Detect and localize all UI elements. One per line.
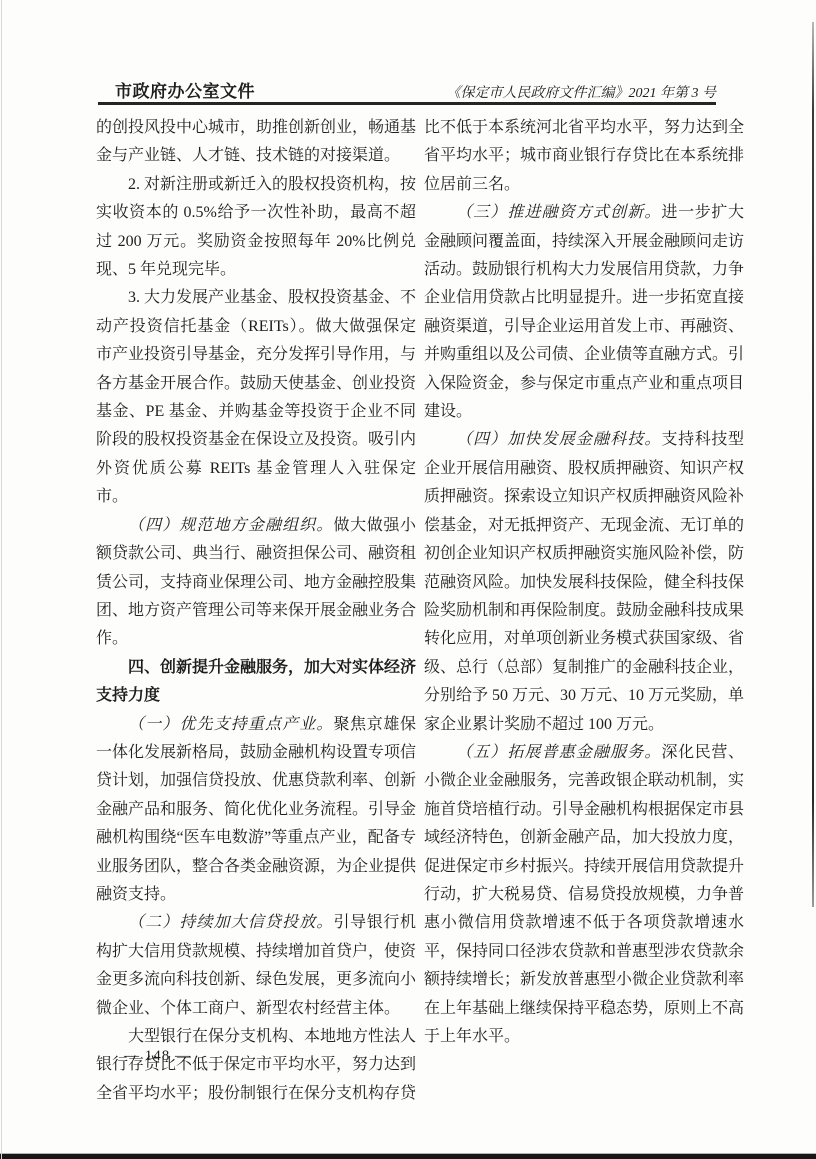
paragraph-text: 进一步扩大金融顾问覆盖面，持续深入开展金融顾问走访活动。鼓励银行机构大力发展信用… [424, 204, 744, 420]
paragraph-text: 3. 大力发展产业基金、股权投资基金、不动产投资信托基金（REITs）。做大做强… [96, 289, 416, 505]
paragraph: （四）加快发展金融科技。支持科技型企业开展信用融资、股权质押融资、知识产权质押融… [424, 426, 744, 738]
paragraph-text: 的创投风投中心城市，助推创新创业，畅通基金与产业链、人才链、技术链的对接渠道。 [96, 119, 416, 164]
paragraph: （四）规范地方金融组织。做大做强小额贷款公司、典当行、融资担保公司、融资租赁公司… [96, 512, 416, 654]
paragraph: 3. 大力发展产业基金、股权投资基金、不动产投资信托基金（REITs）。做大做强… [96, 284, 416, 511]
paragraph-text: 聚焦京雄保一体化发展新格局，鼓励金融机构设置专项信贷计划，加强信贷投放、优惠贷款… [96, 716, 416, 903]
header-compilation-title: 《保定市人民政府文件汇编》2021 年第 3 号 [447, 82, 717, 102]
paragraph-lead: （四）规范地方金融组织。 [128, 517, 333, 534]
paragraph: 比不低于本系统河北省平均水平，努力达到全省平均水平；城市商业银行存贷比在本系统排… [424, 114, 744, 199]
paragraph-lead: （四）加快发展金融科技。 [456, 431, 661, 448]
scan-edge-right [812, 22, 814, 907]
paragraph-text: 2. 对新注册或新迁入的股权投资机构，按实收资本的 0.5%给予一次性补助，最高… [96, 176, 416, 278]
paragraph: （二）持续加大信贷投放。引导银行机构扩大信用贷款规模、持续增加首贷户，使资金更多… [96, 909, 416, 1023]
paragraph-text: 四、创新提升金融服务，加大对实体经济支持力度 [96, 659, 416, 704]
paragraph-lead: （一）优先支持重点产业。 [128, 716, 333, 733]
paragraph-text: 比不低于本系统河北省平均水平，努力达到全省平均水平；城市商业银行存贷比在本系统排… [424, 119, 744, 193]
header-document-category: 市政府办公室文件 [115, 77, 255, 102]
page-number: — 148 — [124, 1048, 191, 1065]
header-rule [98, 102, 716, 105]
paragraph-lead: （三）推进融资方式创新。 [456, 204, 661, 221]
scan-edge-left [1, 0, 2, 1159]
column-right: 比不低于本系统河北省平均水平，努力达到全省平均水平；城市商业银行存贷比在本系统排… [424, 114, 744, 1108]
paragraph-text: 做大做强小额贷款公司、典当行、融资担保公司、融资租赁公司，支持商业保理公司、地方… [96, 517, 416, 648]
paragraph-text: 支持科技型企业开展信用融资、股权质押融资、知识产权质押融资。探索设立知识产权质押… [424, 431, 744, 732]
paragraph: （一）优先支持重点产业。聚焦京雄保一体化发展新格局，鼓励金融机构设置专项信贷计划… [96, 711, 416, 910]
scan-edge-bottom [0, 1154, 816, 1159]
section-heading: 四、创新提升金融服务，加大对实体经济支持力度 [96, 654, 416, 711]
paragraph-lead: （五）拓展普惠金融服务。 [456, 744, 661, 761]
paragraph: 的创投风投中心城市，助推创新创业，畅通基金与产业链、人才链、技术链的对接渠道。 [96, 114, 416, 171]
document-page: 市政府办公室文件 《保定市人民政府文件汇编》2021 年第 3 号 的创投风投中… [0, 0, 816, 1159]
paragraph: 2. 对新注册或新迁入的股权投资机构，按实收资本的 0.5%给予一次性补助，最高… [96, 171, 416, 285]
column-left: 的创投风投中心城市，助推创新创业，畅通基金与产业链、人才链、技术链的对接渠道。2… [96, 114, 416, 1108]
body-columns: 的创投风投中心城市，助推创新创业，畅通基金与产业链、人才链、技术链的对接渠道。2… [96, 114, 744, 1108]
paragraph-lead: （二）持续加大信贷投放。 [128, 914, 333, 931]
paragraph: （三）推进融资方式创新。进一步扩大金融顾问覆盖面，持续深入开展金融顾问走访活动。… [424, 199, 744, 426]
paragraph: （五）拓展普惠金融服务。深化民营、小微企业金融服务，完善政银企联动机制，实施首贷… [424, 739, 744, 1051]
paragraph: 大型银行在保分支机构、本地地方性法人银行存贷比不低于保定市平均水平，努力达到全省… [96, 1023, 416, 1108]
paragraph-text: 深化民营、小微企业金融服务，完善政银企联动机制，实施首贷培植行动。引导金融机构根… [424, 744, 744, 1045]
